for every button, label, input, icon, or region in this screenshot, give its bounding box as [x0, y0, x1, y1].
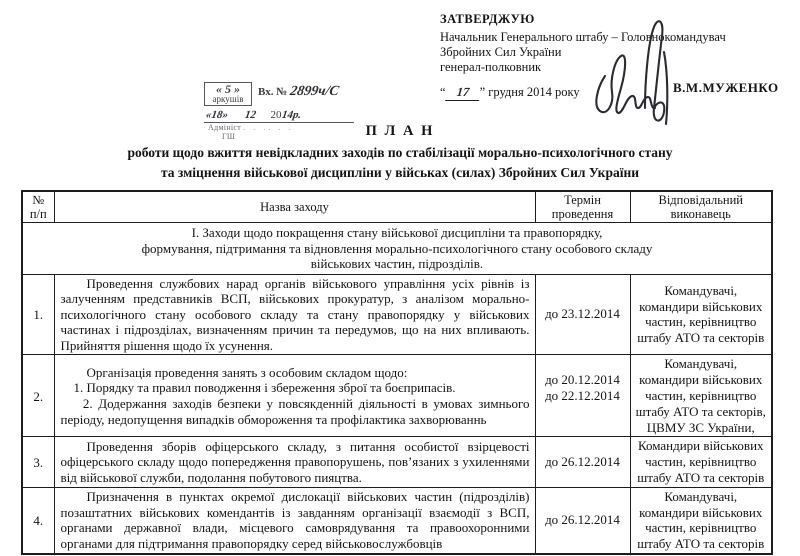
approval-position-line2: Збройних Сил України [440, 45, 770, 60]
stamp-row-date: «18» 12 2014р. [204, 106, 354, 123]
row-responsible: Командувачі, командири військових частин… [630, 355, 772, 437]
stamp-date-century: 20 [271, 109, 282, 121]
table-row: 3. Проведення зборів офіцерського складу… [22, 437, 772, 487]
row-measure: Організація проведення занять з особовим… [54, 355, 535, 437]
row-term: до 26.12.2014 [535, 437, 630, 487]
approval-rank: генерал-полковник [440, 60, 770, 75]
row-number: 2. [22, 355, 54, 437]
row-term: до 20.12.2014 до 22.12.2014 [535, 355, 630, 437]
document-page: « 5 » аркушів Вх. № 2899ч/С «18» 12 2014… [0, 0, 800, 556]
row-measure: Проведення зборів офіцерського складу, з… [54, 437, 535, 487]
plan-table: № п/п Назва заходу Термін проведення Від… [21, 190, 773, 555]
column-header-measure: Назва заходу [54, 191, 535, 223]
row-responsible: Командири військових частин, керівництво… [630, 437, 772, 487]
approval-date-day-handwritten: 17 [445, 85, 481, 101]
row-number: 4. [22, 487, 54, 554]
stamp-faint-dots: . . .. . . [243, 123, 293, 132]
registration-stamp: « 5 » аркушів Вх. № 2899ч/С «18» 12 2014… [204, 82, 364, 141]
section-title: І. Заходи щодо покращення стану військов… [22, 223, 772, 275]
table-header-row: № п/п Назва заходу Термін проведення Від… [22, 191, 772, 223]
stamp-org-line1: Адмініст . . .. . . [204, 123, 364, 132]
approval-date-rest: ” грудня 2014 року [480, 85, 580, 99]
table-row: 4. Призначення в пунктах окремої дислока… [22, 487, 772, 554]
row-responsible: Командувачі, командири військових частин… [630, 274, 772, 355]
stamp-org-name: Адмініст [208, 123, 241, 132]
stamp-date-year: 14р. [281, 109, 302, 121]
document-header: « 5 » аркушів Вх. № 2899ч/С «18» 12 2014… [0, 0, 800, 120]
stamp-row-sheets: « 5 » аркушів Вх. № 2899ч/С [204, 82, 364, 106]
table-row: 2. Організація проведення занять з особо… [22, 355, 772, 437]
row-number: 3. [22, 437, 54, 487]
approval-position-line1: Начальник Генерального штабу – Головноко… [440, 30, 770, 45]
row-number: 1. [22, 274, 54, 355]
stamp-org-abbrev: ГШ [222, 132, 235, 141]
row-term: до 23.12.2014 [535, 274, 630, 355]
stamp-sheets-label: аркушів [208, 95, 248, 104]
document-subtitle: роботи щодо вжиття невідкладних заходів … [0, 143, 800, 183]
table-row: 1. Проведення службових нарад органів ві… [22, 274, 772, 355]
approval-heading: ЗАТВЕРДЖУЮ [440, 12, 770, 27]
stamp-date-month: 12 [244, 109, 257, 121]
row-term: до 26.12.2014 [535, 487, 630, 554]
row-measure: Проведення службових нарад органів війсь… [54, 274, 535, 355]
row-measure: Призначення в пунктах окремої дислокації… [54, 487, 535, 554]
stamp-date-day: «18» [205, 109, 229, 121]
signer-name: В.М.МУЖЕНКО [673, 80, 779, 96]
column-header-num: № п/п [22, 191, 54, 223]
row-responsible: Командувачі, командири військових частин… [630, 487, 772, 554]
column-header-term: Термін проведення [535, 191, 630, 223]
stamp-org-line2: ГШ [204, 132, 364, 141]
document-title: П Л А Н [0, 123, 800, 140]
stamp-sheets-box: « 5 » аркушів [204, 82, 252, 106]
column-header-responsible: Відповідальний виконавець [630, 191, 772, 223]
stamp-reg-value-handwritten: 2899ч/С [288, 84, 339, 100]
section-header-row: І. Заходи щодо покращення стану військов… [22, 223, 772, 275]
stamp-reg-label: Вх. № [258, 86, 287, 98]
stamp-registration-number: Вх. № 2899ч/С [258, 82, 338, 100]
